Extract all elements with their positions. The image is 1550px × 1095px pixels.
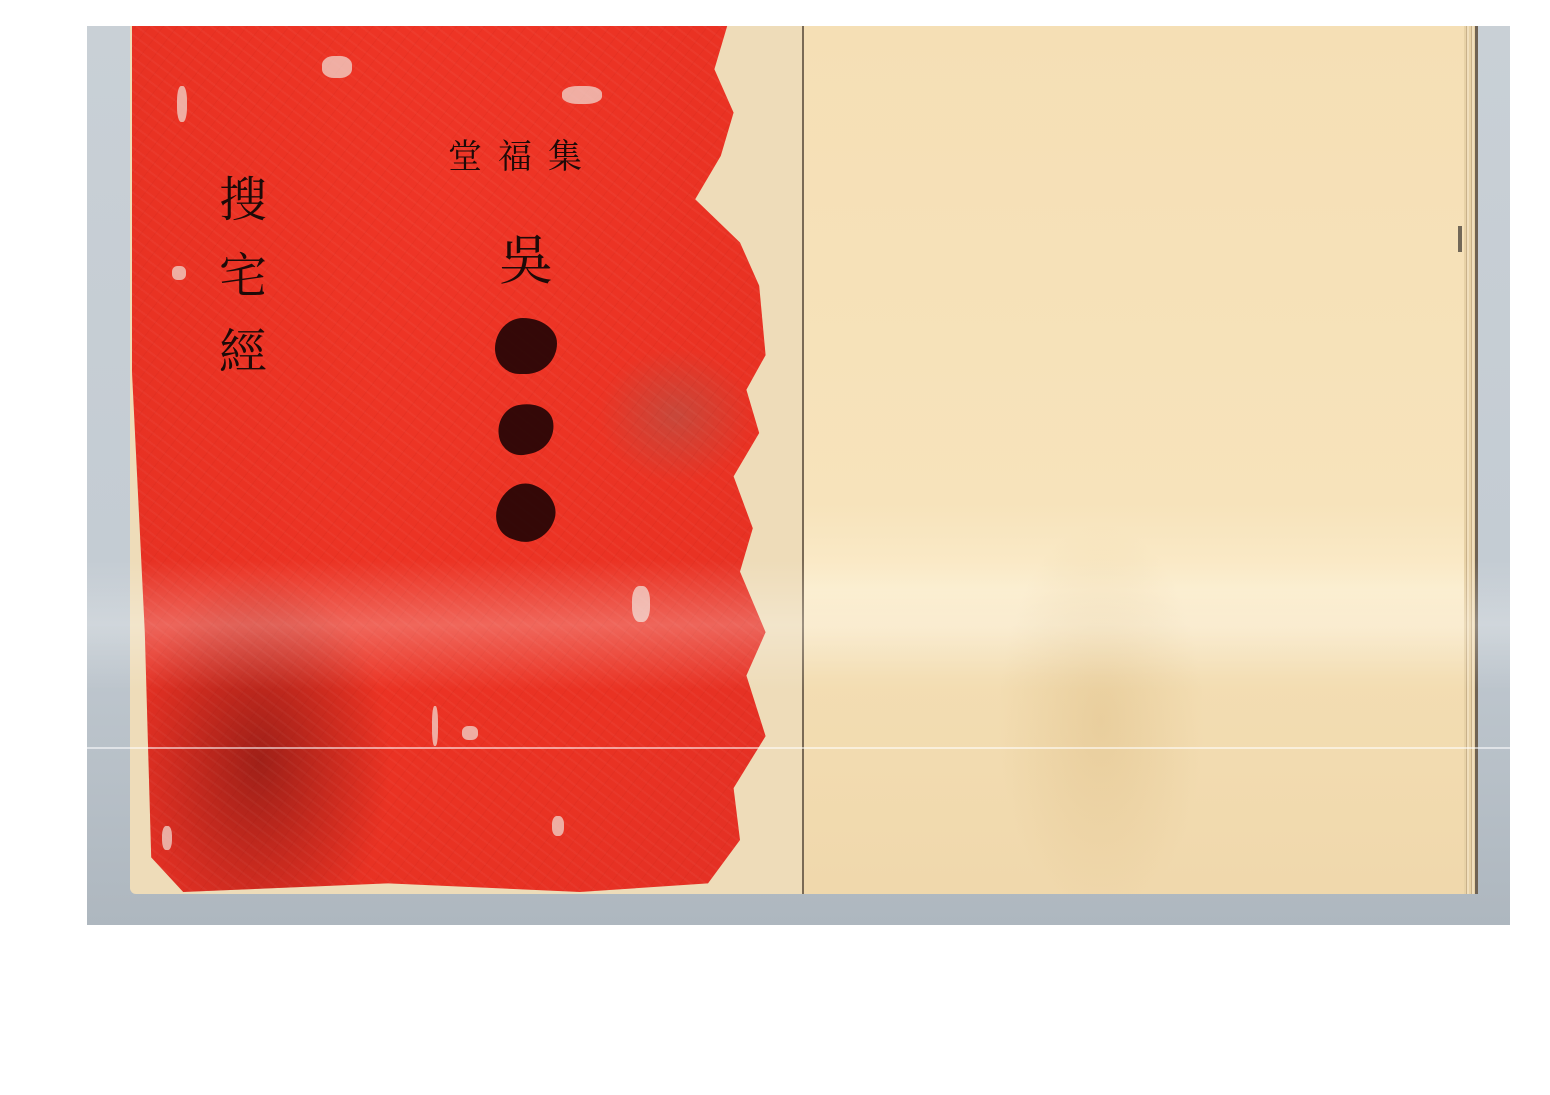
- ink-redaction-blot: [489, 476, 562, 549]
- paper-fleck: [162, 826, 172, 850]
- paper-fleck: [432, 706, 438, 746]
- owner-surname: 吳: [499, 234, 553, 288]
- publisher-name: 集 福 堂: [448, 140, 582, 174]
- title-char: 搜: [219, 176, 267, 224]
- paper-fleck: [462, 726, 478, 740]
- paper-fleck: [562, 86, 602, 104]
- publisher-char: 集: [548, 140, 582, 174]
- left-page: 搜 宅 經 集 福 堂 吳: [130, 26, 802, 894]
- paper-fleck: [172, 266, 186, 280]
- paper-fleck: [632, 586, 650, 622]
- ink-redaction-blot: [493, 399, 558, 460]
- title-char: 經: [219, 328, 267, 376]
- book-spread: 搜 宅 經 集 福 堂 吳: [130, 26, 1475, 894]
- edge-mark: [1458, 226, 1462, 252]
- publisher-char: 福: [498, 140, 532, 174]
- blank-endpaper: [804, 26, 1464, 894]
- page-edges: [1464, 26, 1478, 894]
- owner-name: 吳: [486, 234, 566, 572]
- ink-redaction-blot: [495, 318, 557, 374]
- paper-fleck: [552, 816, 564, 836]
- book-title: 搜 宅 經: [208, 176, 278, 376]
- paper-fleck: [322, 56, 352, 78]
- paper-fleck: [177, 86, 187, 122]
- title-char: 宅: [219, 252, 267, 300]
- publisher-char: 堂: [448, 140, 482, 174]
